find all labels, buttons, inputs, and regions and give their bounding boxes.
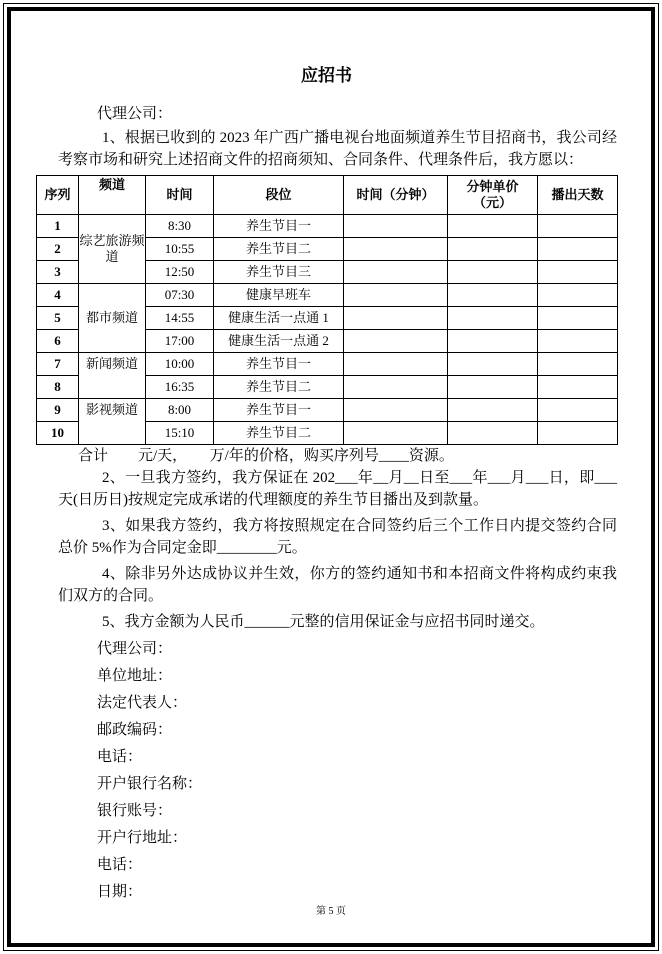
signature-block: 代理公司： 单位地址： 法定代表人： 邮政编码： 电话： 开户银行名称： 银行账… bbox=[97, 638, 617, 903]
cell-days-blank bbox=[538, 353, 618, 376]
cell-seq: 5 bbox=[37, 307, 79, 330]
page-number: 第 5 页 bbox=[0, 906, 662, 918]
cell-channel: 综艺旅游频道 bbox=[79, 215, 146, 284]
cell-time: 17:00 bbox=[146, 330, 214, 353]
cell-unit-price-blank bbox=[448, 238, 538, 261]
header-minutes: 时间（分钟） bbox=[344, 176, 448, 215]
signature-field-bank-account: 银行账号： bbox=[97, 800, 617, 822]
table-row: 7 新闻频道 10:00 养生节目一 bbox=[37, 353, 618, 376]
cell-slot: 养生节目二 bbox=[214, 238, 344, 261]
cell-time: 14:55 bbox=[146, 307, 214, 330]
cell-unit-price-blank bbox=[448, 307, 538, 330]
cell-seq: 1 bbox=[37, 215, 79, 238]
header-slot: 段位 bbox=[214, 176, 344, 215]
cell-days-blank bbox=[538, 330, 618, 353]
cell-seq: 9 bbox=[37, 399, 79, 422]
signature-field-phone-2: 电话： bbox=[97, 854, 617, 876]
cell-days-blank bbox=[538, 284, 618, 307]
cell-unit-price-blank bbox=[448, 330, 538, 353]
table-row: 9 影视频道 8:00 养生节目一 bbox=[37, 399, 618, 422]
cell-seq: 4 bbox=[37, 284, 79, 307]
cell-minutes-blank bbox=[344, 307, 448, 330]
cell-minutes-blank bbox=[344, 422, 448, 445]
totals-line: 合计 元/天， 万/年的价格，购买序列号____资源。 bbox=[78, 445, 617, 467]
signature-field-phone: 电话： bbox=[97, 746, 617, 768]
cell-channel: 都市频道 bbox=[79, 284, 146, 353]
document-page: 应招书 代理公司： 1、根据已收到的 2023 年广西广播电视台地面频道养生节目… bbox=[0, 0, 662, 954]
cell-slot: 健康生活一点通 2 bbox=[214, 330, 344, 353]
cell-time: 15:10 bbox=[146, 422, 214, 445]
cell-days-blank bbox=[538, 376, 618, 399]
cell-days-blank bbox=[538, 215, 618, 238]
cell-unit-price-blank bbox=[448, 284, 538, 307]
cell-minutes-blank bbox=[344, 399, 448, 422]
signature-field-postal-code: 邮政编码： bbox=[97, 719, 617, 741]
signature-field-bank-name: 开户银行名称： bbox=[97, 773, 617, 795]
cell-minutes-blank bbox=[344, 261, 448, 284]
page-title: 应招书 bbox=[36, 64, 617, 88]
header-unit-price: 分钟单价 （元） bbox=[448, 176, 538, 215]
cell-slot: 养生节目一 bbox=[214, 399, 344, 422]
cell-slot: 养生节目一 bbox=[214, 215, 344, 238]
signature-field-legal-representative: 法定代表人： bbox=[97, 692, 617, 714]
cell-days-blank bbox=[538, 399, 618, 422]
cell-time: 16:35 bbox=[146, 376, 214, 399]
cell-unit-price-blank bbox=[448, 399, 538, 422]
cell-slot: 养生节目二 bbox=[214, 376, 344, 399]
cell-channel: 影视频道 bbox=[79, 399, 146, 445]
header-seq: 序列 bbox=[37, 176, 79, 215]
cell-unit-price-blank bbox=[448, 261, 538, 284]
cell-minutes-blank bbox=[344, 284, 448, 307]
cell-days-blank bbox=[538, 261, 618, 284]
cell-unit-price-blank bbox=[448, 376, 538, 399]
cell-minutes-blank bbox=[344, 376, 448, 399]
cell-minutes-blank bbox=[344, 353, 448, 376]
paragraph-5: 5、我方金额为人民币______元整的信用保证金与应招书同时递交。 bbox=[58, 611, 617, 633]
signature-field-agency: 代理公司： bbox=[97, 638, 617, 660]
signature-field-date: 日期： bbox=[97, 881, 617, 903]
header-channel: 频道 bbox=[79, 176, 146, 215]
cell-slot: 健康生活一点通 1 bbox=[214, 307, 344, 330]
cell-unit-price-blank bbox=[448, 422, 538, 445]
table-row: 4 都市频道 07:30 健康早班车 bbox=[37, 284, 618, 307]
program-schedule-table: 序列 频道 时间 段位 时间（分钟） 分钟单价 （元） 播出天数 1 综艺旅游频… bbox=[36, 175, 618, 445]
cell-slot: 养生节目二 bbox=[214, 422, 344, 445]
cell-seq: 3 bbox=[37, 261, 79, 284]
cell-seq: 2 bbox=[37, 238, 79, 261]
cell-slot: 养生节目三 bbox=[214, 261, 344, 284]
paragraph-4: 4、除非另外达成协议并生效，你方的签约通知书和本招商文件将构成约束我们双方的合同… bbox=[58, 563, 617, 607]
cell-minutes-blank bbox=[344, 215, 448, 238]
header-time: 时间 bbox=[146, 176, 214, 215]
cell-seq: 7 bbox=[37, 353, 79, 376]
cell-time: 8:30 bbox=[146, 215, 214, 238]
cell-time: 10:00 bbox=[146, 353, 214, 376]
paragraph-1: 1、根据已收到的 2023 年广西广播电视台地面频道养生节目招商书，我公司经考察… bbox=[58, 127, 617, 171]
table-row: 1 综艺旅游频道 8:30 养生节目一 bbox=[37, 215, 618, 238]
cell-unit-price-blank bbox=[448, 215, 538, 238]
paragraph-3: 3、如果我方签约，我方将按照规定在合同签约后三个工作日内提交签约合同总价 5%作… bbox=[58, 515, 617, 559]
cell-days-blank bbox=[538, 422, 618, 445]
cell-days-blank bbox=[538, 307, 618, 330]
cell-time: 10:55 bbox=[146, 238, 214, 261]
paragraph-2: 2、一旦我方签约，我方保证在 202___年__月__日至___年___月___… bbox=[58, 467, 617, 511]
cell-seq: 6 bbox=[37, 330, 79, 353]
cell-time: 8:00 bbox=[146, 399, 214, 422]
cell-channel: 新闻频道 bbox=[79, 353, 146, 399]
cell-minutes-blank bbox=[344, 330, 448, 353]
cell-slot: 健康早班车 bbox=[214, 284, 344, 307]
cell-slot: 养生节目一 bbox=[214, 353, 344, 376]
signature-field-address: 单位地址： bbox=[97, 665, 617, 687]
cell-days-blank bbox=[538, 238, 618, 261]
table-header-row: 序列 频道 时间 段位 时间（分钟） 分钟单价 （元） 播出天数 bbox=[37, 176, 618, 215]
cell-unit-price-blank bbox=[448, 353, 538, 376]
cell-minutes-blank bbox=[344, 238, 448, 261]
page-content: 应招书 代理公司： 1、根据已收到的 2023 年广西广播电视台地面频道养生节目… bbox=[36, 11, 617, 943]
cell-seq: 10 bbox=[37, 422, 79, 445]
cell-time: 12:50 bbox=[146, 261, 214, 284]
signature-field-bank-address: 开户行地址： bbox=[97, 827, 617, 849]
cell-time: 07:30 bbox=[146, 284, 214, 307]
header-broadcast-days: 播出天数 bbox=[538, 176, 618, 215]
cell-seq: 8 bbox=[37, 376, 79, 399]
agency-company-label: 代理公司： bbox=[97, 103, 617, 125]
